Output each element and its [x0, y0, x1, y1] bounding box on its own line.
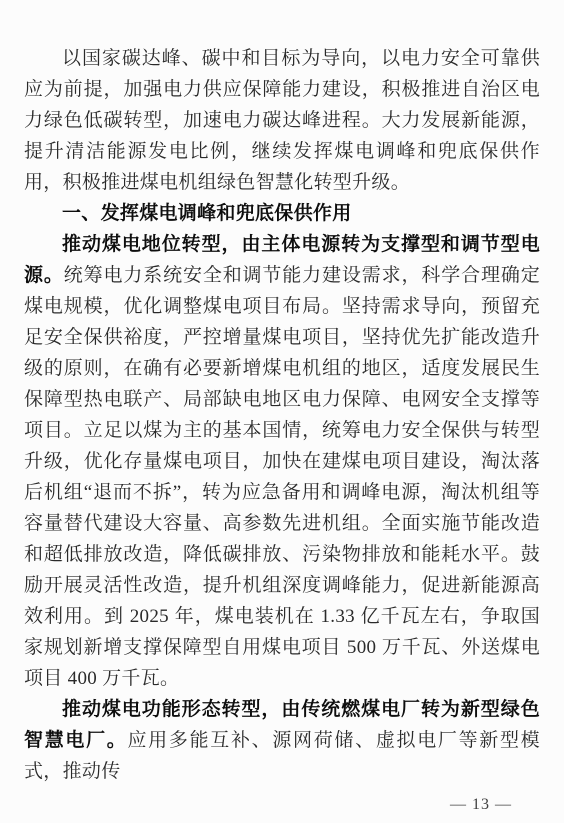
paragraph: 推动煤电功能形态转型，由传统燃煤电厂转为新型绿色智慧电厂。应用多能互补、源网荷储… [24, 694, 540, 787]
text-run: 统筹电力系统安全和调节能力建设需求，科学合理确定煤电规模，优化调整煤电项目布局。… [24, 265, 540, 689]
paragraph: 以国家碳达峰、碳中和目标为导向，以电力安全可靠供应为前提，加强电力供应保障能力建… [24, 43, 540, 198]
section-heading: 一、发挥煤电调峰和兜底保供作用 [24, 198, 540, 229]
bold-text-run: 一、发挥煤电调峰和兜底保供作用 [62, 203, 352, 224]
paragraph: 推动煤电地位转型，由主体电源转为支撑型和调节型电源。统筹电力系统安全和调节能力建… [24, 229, 540, 694]
document-page: 以国家碳达峰、碳中和目标为导向，以电力安全可靠供应为前提，加强电力供应保障能力建… [0, 0, 564, 823]
text-run: 以国家碳达峰、碳中和目标为导向，以电力安全可靠供应为前提，加强电力供应保障能力建… [24, 48, 540, 193]
document-body: 以国家碳达峰、碳中和目标为导向，以电力安全可靠供应为前提，加强电力供应保障能力建… [24, 43, 540, 787]
page-number: — 13 — [450, 796, 512, 814]
